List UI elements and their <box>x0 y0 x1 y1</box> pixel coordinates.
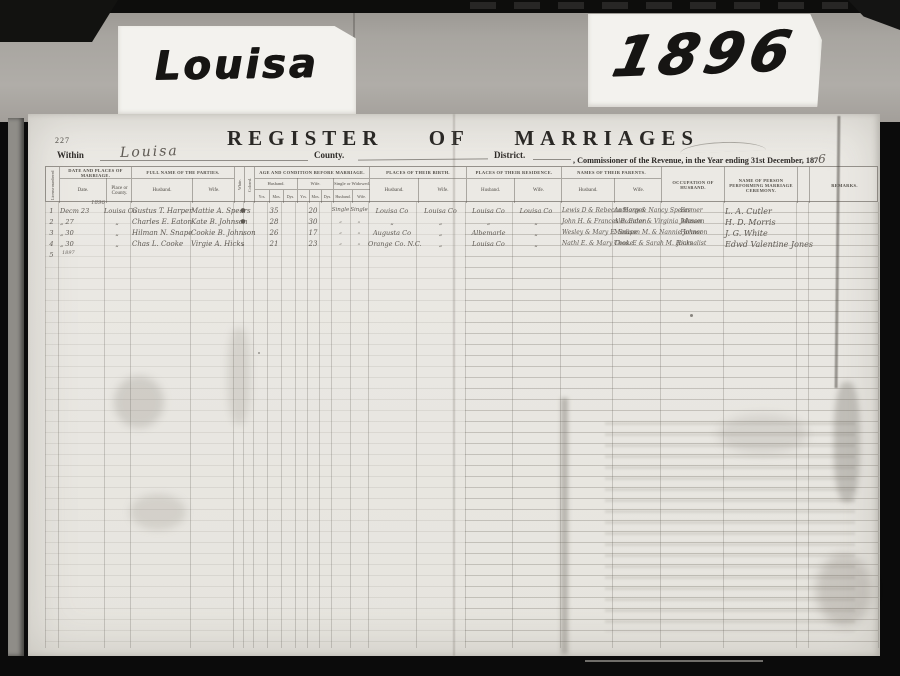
col-group-birth: PLACES OF THEIR BIRTH. Husband. Wife. <box>369 167 466 203</box>
marriage-register-table: License numbered DATE AND PLACES OF MARR… <box>45 166 878 650</box>
column-rule <box>295 202 296 648</box>
register-row: 3„ 30„Hilman N. SnapeCookie B. Johnson„2… <box>45 229 878 240</box>
col-minister: NAME OF PERSON PERFORMING MARRIAGE CEREM… <box>724 167 797 203</box>
col-group-residence: PLACES OF THEIR RESIDENCE. Husband. Wife… <box>466 167 561 203</box>
register-row: 2„ 27„Charles E. EatonKate B. Johnson●28… <box>45 218 878 229</box>
spine-label-year: 1896 <box>588 14 822 107</box>
scan-scratches <box>470 2 870 9</box>
column-rule <box>465 202 466 648</box>
cell-date: „ 27 <box>60 218 104 226</box>
cell-res-w: Louisa Co <box>512 207 560 215</box>
column-rule <box>243 202 244 648</box>
cell-date: „ 30 <box>60 229 104 237</box>
year-label-text: 1896 <box>580 18 830 91</box>
col-white: White. <box>234 167 244 203</box>
cover-shadow-left <box>0 0 118 42</box>
county-label: County. <box>314 150 344 160</box>
scanned-register-photo: Louisa 1896 227 REGISTER OF MARRIAGES Wi… <box>0 0 900 676</box>
cell-res-h: Louisa Co <box>465 207 512 215</box>
parents-wife-header: Wife. <box>614 178 662 203</box>
cell-age-h: 21 <box>253 240 295 248</box>
column-rule <box>190 202 191 648</box>
scan-bottom-artifact <box>585 660 763 662</box>
cell-birth-w: „ <box>416 218 465 226</box>
cell-single-w: „ <box>350 229 368 235</box>
cell-occupation: Mason <box>660 218 723 225</box>
cell-age-w: 30 <box>295 218 331 226</box>
cell-single-w: „ <box>350 218 368 224</box>
column-rule <box>58 202 59 648</box>
cell-birth-h: „ <box>368 218 416 226</box>
col-colored: Colored. <box>244 167 254 203</box>
column-rule <box>267 202 268 648</box>
column-rule <box>796 202 797 648</box>
col-license: License numbered <box>46 167 59 203</box>
cell-res-w: „ <box>512 229 560 237</box>
column-rule <box>723 202 724 648</box>
cell-minister: Edwd Valentine Jones <box>725 240 796 249</box>
minister-header: NAME OF PERSON PERFORMING MARRIAGE CEREM… <box>725 167 797 203</box>
cell-no: 1 <box>45 207 58 215</box>
column-rule <box>331 202 332 648</box>
cell-res-w: „ <box>512 240 560 248</box>
residence-wife-header: Wife. <box>514 178 562 203</box>
column-rule <box>253 202 254 648</box>
cell-parents-w: Anthony & Nancy Spears <box>614 207 660 214</box>
cell-wife: Kate B. Johnson <box>191 218 233 226</box>
cell-res-h: „ <box>465 218 512 226</box>
cell-age-h: 35 <box>253 207 295 215</box>
cell-parents-w: Alexander & Virginia Johnson <box>614 218 660 225</box>
column-rule <box>416 202 417 648</box>
cell-wife: Mattie A. Spears <box>191 207 233 215</box>
cover-shadow-right <box>848 0 900 30</box>
register-row: 5 <box>45 251 878 262</box>
cell-age-w: 17 <box>295 229 331 237</box>
cell-minister: J. G. White <box>725 229 796 238</box>
age-husband-header: Husband. <box>255 178 297 190</box>
cell-husband: Charles E. Eaton <box>132 218 190 226</box>
cell-husband: Hilman N. Snape <box>132 229 190 237</box>
cell-occupation: Farmer <box>660 229 723 236</box>
column-rule <box>233 202 234 648</box>
cell-single-h: „ <box>331 229 350 235</box>
year-handwritten: 6 <box>818 152 826 166</box>
register-row: 4„ 30„Chas L. CookeVirgie A. Hicks„2123„… <box>45 240 878 251</box>
column-rule <box>808 202 809 648</box>
cell-parents-h: Nathl E. & Mary Cooke <box>562 240 612 247</box>
license-header: License numbered <box>50 169 55 201</box>
cell-age-h: 26 <box>253 229 295 237</box>
cell-age-w: 20 <box>295 207 331 215</box>
cell-age-w: 23 <box>295 240 331 248</box>
cell-age-h: 28 <box>253 218 295 226</box>
spine-label-county: Louisa <box>118 26 356 115</box>
cell-single-h: „ <box>331 240 350 246</box>
cell-no: 2 <box>45 218 58 226</box>
cell-single-w: „ <box>350 240 368 246</box>
age-wife-header: Wife. <box>297 178 333 190</box>
cell-place: „ <box>104 218 130 226</box>
cell-birth-h: Louisa Co <box>368 207 416 215</box>
cell-no: 4 <box>45 240 58 248</box>
cell-parents-h: Wesley & Mary E. Snape <box>562 229 612 236</box>
table-header: License numbered DATE AND PLACES OF MARR… <box>45 166 878 202</box>
column-rule <box>350 202 351 648</box>
col-occupation: OCCUPATION OF HUSBAND. <box>661 167 724 203</box>
place-header: Place or County. <box>106 178 132 203</box>
register-page: 227 REGISTER OF MARRIAGES Within Louisa … <box>28 114 880 656</box>
cell-no: 3 <box>45 229 58 237</box>
cell-birth-w: „ <box>416 240 465 248</box>
colored-header: Colored. <box>247 169 252 201</box>
cell-single-w: Single <box>350 207 368 213</box>
cell-wife: Cookie B. Johnson <box>191 229 233 237</box>
residence-husband-header: Husband. <box>467 178 514 203</box>
column-rule <box>660 202 661 648</box>
year-note-top: 1896 <box>91 200 105 206</box>
column-rule <box>512 202 513 648</box>
column-rule <box>878 202 879 648</box>
cell-res-h: Louisa Co <box>465 240 512 248</box>
page-subheader: Within Louisa County. District. , Commis… <box>28 148 880 166</box>
col-group-date-place: DATE AND PLACES OF MARRIAGE. Date. Place… <box>59 167 131 203</box>
cell-birth-h: Augusta Co <box>368 229 416 237</box>
cell-date: „ 30 <box>60 240 104 248</box>
cell-birth-w: Louisa Co <box>416 207 465 215</box>
cell-place: Louisa Co <box>104 207 130 215</box>
page-left-edge <box>8 118 24 656</box>
cell-no: 5 <box>45 251 58 259</box>
wife-name-header: Wife. <box>192 178 235 203</box>
column-rule <box>104 202 105 648</box>
occupation-header: OCCUPATION OF HUSBAND. <box>662 167 724 203</box>
column-rule <box>560 202 561 648</box>
husband-name-header: Husband. <box>132 178 192 203</box>
parents-husband-header: Husband. <box>562 178 614 203</box>
col-remarks: REMARKS. <box>809 167 879 203</box>
col-group-age: AGE AND CONDITION BEFORE MARRIAGE. Husba… <box>254 167 369 203</box>
column-rule <box>281 202 282 648</box>
cell-minister: H. D. Morris <box>725 218 796 227</box>
within-label: Within <box>57 150 84 160</box>
cell-parents-w: Madison M. & Nannie Johnson <box>614 229 660 236</box>
cell-res-h: Albemarle <box>465 229 512 237</box>
cell-single-h: „ <box>331 218 350 224</box>
cell-birth-w: „ <box>416 229 465 237</box>
cell-place: „ <box>104 229 130 237</box>
birth-wife-header: Wife. <box>418 178 467 203</box>
cell-res-w: „ <box>512 218 560 226</box>
col-narrow-blank <box>797 167 809 203</box>
district-label: District. <box>494 150 525 160</box>
cell-husband: Gustus T. Harper <box>132 207 190 215</box>
cell-birth-h: Orange Co. N.C. <box>368 240 416 248</box>
column-rule <box>307 202 308 648</box>
column-rule <box>319 202 320 648</box>
page-bleed-through <box>605 422 855 632</box>
cell-parents-w: Thos. E & Sarah M. Hicks <box>614 240 660 247</box>
cell-husband: Chas L. Cooke <box>132 240 190 248</box>
single-widowed-header: Single or Widowed. <box>333 178 370 190</box>
cell-minister: L. A. Cutler <box>725 207 796 216</box>
county-label-text: Louisa <box>118 40 357 90</box>
column-rule <box>130 202 131 648</box>
column-rule <box>612 202 613 648</box>
birth-husband-header: Husband. <box>370 178 418 203</box>
column-rule <box>45 202 46 648</box>
cell-occupation: Farmer <box>660 207 723 214</box>
cell-wife: Virgie A. Hicks <box>191 240 233 248</box>
cell-place: „ <box>104 240 130 248</box>
cell-occupation: Journalist <box>660 240 723 247</box>
cell-single-h: Single <box>331 207 350 213</box>
cell-parents-h: Lewis D & Rebecca Harper <box>562 207 612 214</box>
table-body: 1896 1897 1Decm 23Louisa CoGustus T. Har… <box>45 202 878 650</box>
remarks-header: REMARKS. <box>810 167 879 203</box>
cell-parents-h: John H. & Frances B. Eaton <box>562 218 612 225</box>
register-row: 1Decm 23Louisa CoGustus T. HarperMattie … <box>45 207 878 218</box>
white-header: White. <box>237 169 242 201</box>
commissioner-line: , Commissioner of the Revenue, in the Ye… <box>573 152 826 166</box>
cell-date: Decm 23 <box>60 207 104 215</box>
col-group-names: FULL NAME OF THE PARTIES. Husband. Wife. <box>131 167 234 203</box>
column-rule <box>368 202 369 648</box>
col-group-parents: NAMES OF THEIR PARENTS. Husband. Wife. <box>561 167 661 203</box>
